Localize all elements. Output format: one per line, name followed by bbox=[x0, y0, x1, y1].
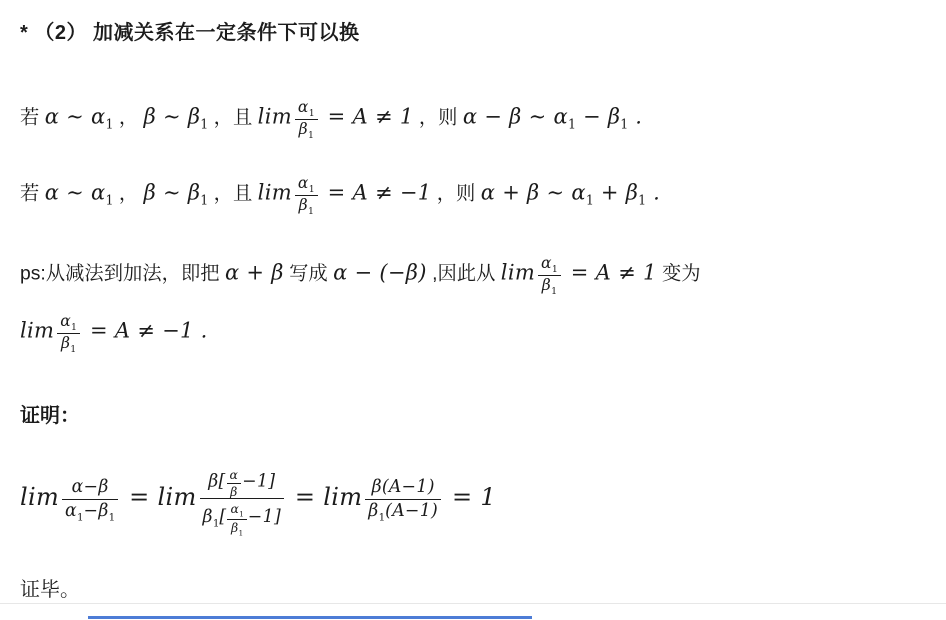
fraction-numerator: α1 bbox=[295, 99, 318, 119]
proof-label: 证明： bbox=[20, 399, 926, 428]
fraction: α1β1 bbox=[227, 502, 246, 537]
fraction: α1β1 bbox=[295, 99, 318, 141]
math-text: β bbox=[230, 484, 238, 499]
fraction: αβ bbox=[227, 468, 242, 500]
math-text: lim bbox=[20, 318, 54, 342]
math-text: = A ≠ −1 bbox=[83, 318, 194, 342]
cjk-text: ， bbox=[114, 183, 144, 204]
statement-addition: 若 α ∼ α1 ， β ∼ β1 ，且 limα1β1 = A ≠ −1 ，则… bbox=[20, 173, 926, 215]
ps-note-line2: limα1β1 = A ≠ −1 . bbox=[20, 311, 926, 353]
subscript: 1 bbox=[568, 117, 576, 132]
cjk-text: ，且 bbox=[208, 107, 257, 128]
fraction: β[αβ−1]β1[α1β1−1] bbox=[200, 466, 284, 536]
math-text: β bbox=[542, 276, 551, 294]
fraction-numerator: β(A−1) bbox=[365, 477, 441, 499]
document-page: * （2） 加减关系在一定条件下可以换 若 α ∼ α1 ， β ∼ β1 ，且… bbox=[0, 16, 946, 602]
math-text: α bbox=[230, 501, 239, 516]
math-text: . bbox=[628, 104, 642, 128]
math-text: . bbox=[194, 318, 208, 342]
subscript: 1 bbox=[308, 206, 314, 217]
bottom-accent-line bbox=[88, 616, 532, 619]
cjk-text: ，则 bbox=[413, 107, 462, 128]
subscript: 1 bbox=[70, 344, 76, 355]
bottom-divider bbox=[0, 603, 946, 604]
math-text: α ∼ α bbox=[45, 104, 106, 128]
qed-text: 证毕。 bbox=[20, 573, 926, 602]
math-text: β bbox=[203, 507, 213, 527]
fraction-denominator: β bbox=[227, 483, 242, 499]
math-text: α−β bbox=[72, 477, 109, 497]
math-text: α + β ∼ α bbox=[481, 180, 586, 204]
math-text: (A−1) bbox=[385, 501, 438, 521]
fraction: α1β1 bbox=[57, 313, 80, 355]
fraction: α1β1 bbox=[295, 175, 318, 217]
cjk-text: 若 bbox=[20, 183, 45, 204]
math-text: α bbox=[60, 312, 71, 330]
fraction-numerator: α1 bbox=[295, 175, 318, 195]
math-text: = 1 bbox=[444, 483, 496, 511]
fraction-denominator: β1 bbox=[57, 333, 80, 354]
math-text: β bbox=[299, 196, 308, 214]
fraction-denominator: β1[α1β1−1] bbox=[200, 498, 284, 535]
fraction-denominator: β1 bbox=[538, 275, 561, 296]
fraction-numerator: α1 bbox=[227, 502, 246, 519]
math-text: α bbox=[541, 254, 552, 272]
cjk-text: 变为 bbox=[657, 263, 701, 284]
math-text: −β bbox=[84, 501, 109, 521]
fraction-numerator: α1 bbox=[57, 313, 80, 333]
math-text: = A ≠ −1 bbox=[321, 180, 432, 204]
proof-formula: limα−βα1−β1 = limβ[αβ−1]β1[α1β1−1] = lim… bbox=[20, 464, 926, 534]
subscript: 1 bbox=[106, 193, 114, 208]
math-text: α bbox=[298, 98, 309, 116]
math-text: = A ≠ 1 bbox=[321, 104, 414, 128]
section-title: * （2） 加减关系在一定条件下可以换 bbox=[20, 16, 926, 45]
math-text: α bbox=[65, 501, 77, 521]
fraction-numerator: α bbox=[227, 468, 242, 483]
subscript: 1 bbox=[109, 512, 116, 524]
math-text: + β bbox=[594, 180, 638, 204]
math-text: α − (−β) bbox=[333, 260, 427, 284]
fraction: β(A−1)β1(A−1) bbox=[365, 477, 441, 523]
math-text: α ∼ α bbox=[45, 180, 106, 204]
subscript: 1 bbox=[77, 512, 84, 524]
fraction-numerator: α1 bbox=[538, 255, 561, 275]
math-text: β ∼ β bbox=[144, 104, 201, 128]
ps-note-line1: ps:从减法到加法，即把 α + β 写成 α − (−β) ,因此从 limα… bbox=[20, 253, 926, 295]
fraction: α1β1 bbox=[538, 255, 561, 297]
cjk-text: ，则 bbox=[431, 183, 480, 204]
cjk-text: ,因此从 bbox=[427, 263, 501, 284]
math-text: β ∼ β bbox=[144, 180, 201, 204]
cjk-text: 写成 bbox=[284, 263, 333, 284]
math-text: β(A−1) bbox=[372, 477, 435, 497]
subscript: 1 bbox=[309, 184, 315, 195]
fraction-denominator: β1 bbox=[227, 519, 246, 537]
subscript: 1 bbox=[638, 193, 646, 208]
subscript: 1 bbox=[309, 108, 315, 119]
math-text: β bbox=[368, 501, 378, 521]
fraction: α−βα1−β1 bbox=[62, 477, 118, 523]
subscript: 1 bbox=[551, 286, 557, 297]
math-text: lim bbox=[258, 104, 292, 128]
subscript: 1 bbox=[308, 131, 314, 142]
math-text: lim bbox=[20, 483, 59, 511]
subscript: 1 bbox=[239, 529, 244, 538]
math-text: lim bbox=[501, 260, 535, 284]
fraction-denominator: α1−β1 bbox=[62, 499, 118, 523]
math-text: . bbox=[646, 180, 660, 204]
subscript: 1 bbox=[106, 117, 114, 132]
math-text: β[ bbox=[208, 471, 225, 491]
cjk-text: ， bbox=[114, 107, 144, 128]
fraction-denominator: β1 bbox=[295, 119, 318, 140]
math-text: = lim bbox=[121, 483, 196, 511]
math-text: −1] bbox=[242, 471, 275, 491]
cjk-text: 若 bbox=[20, 107, 45, 128]
math-text: −1] bbox=[248, 507, 281, 527]
math-text: α bbox=[230, 467, 239, 482]
math-text: lim bbox=[258, 180, 292, 204]
fraction-numerator: α−β bbox=[62, 477, 118, 499]
math-text: = A ≠ 1 bbox=[564, 260, 657, 284]
math-text: = lim bbox=[287, 483, 362, 511]
fraction-numerator: β[αβ−1] bbox=[200, 466, 284, 499]
statement-subtraction: 若 α ∼ α1 ， β ∼ β1 ，且 limα1β1 = A ≠ 1 ，则 … bbox=[20, 97, 926, 139]
math-text: [ bbox=[219, 507, 226, 527]
math-text: α bbox=[298, 174, 309, 192]
subscript: 1 bbox=[586, 193, 594, 208]
fraction-denominator: β1(A−1) bbox=[365, 499, 441, 523]
math-text: β bbox=[231, 520, 239, 535]
math-text: α + β bbox=[225, 260, 284, 284]
cjk-text: ，且 bbox=[208, 183, 257, 204]
subscript: 1 bbox=[71, 322, 77, 333]
math-text: α − β ∼ α bbox=[463, 104, 568, 128]
math-text: − β bbox=[576, 104, 620, 128]
fraction-denominator: β1 bbox=[295, 195, 318, 216]
subscript: 1 bbox=[239, 510, 244, 519]
cjk-text: ps:从减法到加法，即把 bbox=[20, 263, 225, 284]
math-text: β bbox=[299, 120, 308, 138]
math-text: β bbox=[61, 334, 70, 352]
subscript: 1 bbox=[552, 264, 558, 275]
ps-note: ps:从减法到加法，即把 α + β 写成 α − (−β) ,因此从 limα… bbox=[20, 253, 926, 353]
